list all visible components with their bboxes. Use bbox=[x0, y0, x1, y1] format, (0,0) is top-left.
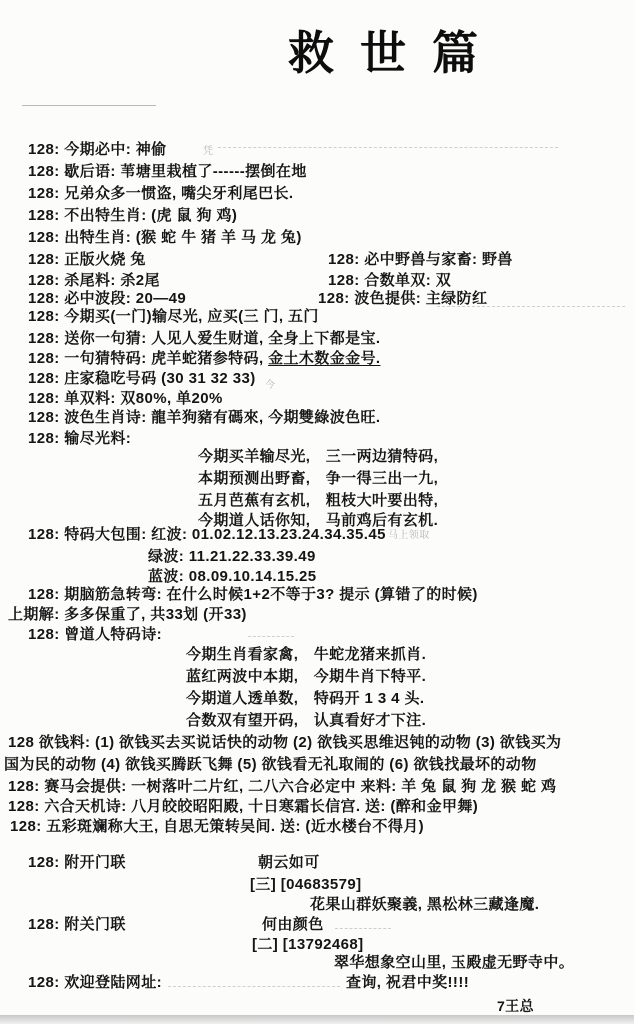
line-must-hit-note: 凭 bbox=[203, 146, 213, 158]
line-baowei-red: 128: 特码大包围: 红波: 01.02.12.13.23.24.34.35.… bbox=[28, 526, 386, 544]
scan-noise bbox=[437, 306, 625, 307]
line-riddle: 128: 期脑筋急转弯: 在什么时候1+2不等于3? 提示 (算错了的时候) bbox=[28, 586, 478, 604]
close-couplet-hint: 何由颜色 bbox=[262, 916, 324, 934]
line-banker: 128: 庄家稳吃号码 (30 31 32 33) bbox=[28, 370, 256, 388]
zengdaoren-poem-line: 今期道人透单数, 特码开 1 3 4 头. bbox=[186, 690, 424, 708]
page-footer: 7王总 bbox=[497, 998, 534, 1015]
website-suffix: 查询, 祝君中奖!!!! bbox=[346, 974, 469, 992]
open-couplet-hint: 朝云如可 bbox=[258, 854, 320, 872]
zengdaoren-poem-line: 合数双有望开码, 认真看好才下注. bbox=[186, 712, 426, 730]
phrase-underlined: 金土木数金金号. bbox=[268, 350, 380, 367]
line-wave-zodiac: 128: 波色生肖诗: 龍羊狗豬有碼來, 今期雙綠波色旺. bbox=[28, 409, 380, 427]
line-last-issue: 上期解: 多多保重了, 共33划 (开33) bbox=[8, 606, 247, 624]
open-couplet-code: [三] [04683579] bbox=[250, 876, 362, 894]
zengdaoren-poem-line: 蓝红两波中本期, 今期牛肖下特平. bbox=[186, 668, 426, 686]
website-prefix: 128: 欢迎登陆网址: bbox=[28, 974, 162, 992]
zengdaoren-poem-line: 今期生肖看家禽, 牛蛇龙猪来抓肖. bbox=[186, 646, 426, 664]
line-doors: 128: 今期买(一门)输尽光, 应买(三 门, 五门 bbox=[28, 308, 319, 326]
website-blank bbox=[168, 986, 340, 987]
close-couplet-code: [二] [13792468] bbox=[252, 936, 364, 954]
line-must-hit: 128: 今期必中: 神偷 bbox=[28, 141, 167, 159]
line-gift: 128: 送你一句猜: 人见人爱生财道, 全身上下都是宝. bbox=[28, 330, 380, 348]
scan-noise bbox=[248, 636, 294, 637]
line-xiehouyu: 128: 歇后语: 苇塘里栽植了------摆倒在地 bbox=[28, 163, 307, 181]
shujinguang-poem-line: 今期买羊输尽光, 三一两边猜特码, bbox=[198, 448, 438, 466]
line-baowei-green: 绿波: 11.21.22.33.39.49 bbox=[148, 548, 316, 566]
line-tianji: 128: 六合天机诗: 八月皎皎昭阳殿, 十日寒霜长信宫. 送: (醉和金甲舞) bbox=[8, 798, 478, 816]
scanned-sheet: 救世篇 128: 今期必中: 神偷 凭 128: 歇后语: 苇塘里栽植了----… bbox=[0, 0, 634, 1024]
open-couplet-text: 花果山群妖聚義, 黑松林三藏逢魔. bbox=[310, 896, 539, 914]
close-couplet-label: 128: 附关门联 bbox=[28, 916, 126, 934]
line-zengdaoren-label: 128: 曾道人特码诗: bbox=[28, 626, 162, 644]
line-range: 128: 必中波段: 20—49 bbox=[28, 290, 186, 308]
shujinguang-poem-line: 本期预测出野畜, 争一得三出一九, bbox=[198, 470, 438, 488]
scan-noise bbox=[335, 928, 391, 929]
line-wucai: 128: 五彩斑斓称大王, 自思无策转吴间. 送: (近水楼台不得月) bbox=[10, 818, 424, 836]
scan-noise bbox=[218, 147, 558, 148]
line-fire: 128: 正版火烧 兔 bbox=[28, 251, 146, 269]
phrase-prefix: 128: 一句猜特码: 虎羊蛇猪参特码, bbox=[28, 350, 268, 367]
scan-edge bbox=[0, 1015, 634, 1024]
line-sum-parity: 128: 合数单双: 双 bbox=[328, 272, 451, 290]
line-kill-tail: 128: 杀尾料: 杀2尾 bbox=[28, 272, 160, 290]
page-title: 救世篇 bbox=[288, 26, 504, 81]
line-brothers: 128: 兄弟众多一惯盗, 嘴尖牙利尾巴长. bbox=[28, 185, 294, 203]
line-baowei-blue: 蓝波: 08.09.10.14.15.25 bbox=[148, 568, 317, 586]
line-include-zodiac: 128: 出特生肖: (猴 蛇 牛 猪 羊 马 龙 兔) bbox=[28, 229, 302, 247]
shujinguang-poem-line: 五月芭蕉有玄机, 粗枝大叶要出特, bbox=[198, 492, 438, 510]
divider-line bbox=[22, 105, 156, 106]
open-couplet-label: 128: 附开门联 bbox=[28, 854, 126, 872]
line-banker-note: 今 bbox=[265, 380, 275, 392]
line-beast: 128: 必中野兽与家畜: 野兽 bbox=[328, 251, 513, 269]
line-shujinguang-label: 128: 输尽光料: bbox=[28, 430, 131, 448]
line-baowei-red-note: 马上领取 bbox=[388, 530, 430, 542]
line-yuqian-2: 国为民的动物 (4) 欲钱买腾跃飞舞 (5) 欲钱看无礼取闹的 (6) 欲钱找最… bbox=[4, 756, 537, 774]
line-exclude-zodiac: 128: 不出特生肖: (虎 鼠 狗 鸡) bbox=[28, 207, 237, 225]
line-saima: 128: 赛马会提供: 一树落叶二片红, 二八六合必定中 来料: 羊 兔 鼠 狗… bbox=[8, 778, 556, 796]
line-yuqian-1: 128 欲钱料: (1) 欲钱买去买说话快的动物 (2) 欲钱买思维迟钝的动物 … bbox=[8, 734, 561, 752]
line-phrase: 128: 一句猜特码: 虎羊蛇猪参特码, 金土木数金金号. bbox=[28, 350, 380, 368]
line-parity-ratio: 128: 单双料: 双80%, 单20% bbox=[28, 390, 223, 408]
close-couplet-text: 翠华想象空山里, 玉殿虚无野寺中。 bbox=[334, 954, 574, 972]
